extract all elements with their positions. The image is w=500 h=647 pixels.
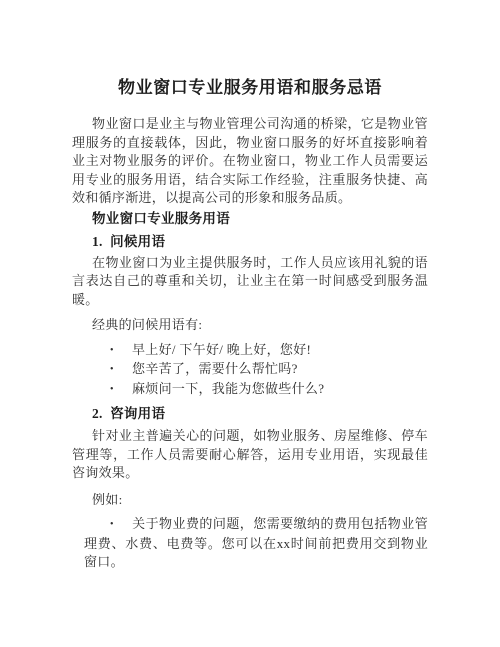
- bullet-marker-icon: •: [110, 342, 132, 361]
- consulting-lead-in: 例如:: [72, 491, 428, 510]
- list-item: •早上好/ 下午好/ 晚上好，您好!: [84, 341, 428, 361]
- subsection-heading-greeting: 1. 问候用语: [72, 232, 428, 251]
- subsection-heading-consulting: 2. 咨询用语: [72, 404, 428, 423]
- list-item-text: 关于物业费的问题，您需要缴纳的费用包括物业管理费、水费、电费等。您可以在xx时间…: [84, 516, 428, 569]
- bullet-marker-icon: •: [110, 381, 132, 400]
- bullet-marker-icon: •: [110, 516, 132, 535]
- section-heading-service-terms: 物业窗口专业服务用语: [72, 209, 428, 228]
- greeting-paragraph: 在物业窗口为业主提供服务时，工作人员应该用礼貌的语言表达自己的尊重和关切，让业主…: [72, 254, 428, 310]
- intro-paragraph: 物业窗口是业主与物业管理公司沟通的桥梁，它是物业管理服务的直接载体，因此，物业窗…: [72, 115, 428, 208]
- document-content: 物业窗口专业服务用语和服务忌语 物业窗口是业主与物业管理公司沟通的桥梁，它是物业…: [72, 0, 428, 572]
- list-item-text: 早上好/ 下午好/ 晚上好，您好!: [132, 342, 311, 357]
- greeting-bullet-list: •早上好/ 下午好/ 晚上好，您好! •您辛苦了，需要什么帮忙吗? •麻烦问一下…: [72, 341, 428, 400]
- list-item: •麻烦问一下，我能为您做些什么?: [84, 380, 428, 400]
- list-item-text: 您辛苦了，需要什么帮忙吗?: [132, 361, 298, 376]
- greeting-lead-in: 经典的问候用语有:: [72, 316, 428, 335]
- document-page: 物业窗口专业服务用语和服务忌语 物业窗口是业主与物业管理公司沟通的桥梁，它是物业…: [0, 0, 500, 647]
- list-item: •您辛苦了，需要什么帮忙吗?: [84, 360, 428, 380]
- consulting-bullet-list: •关于物业费的问题，您需要缴纳的费用包括物业管理费、水费、电费等。您可以在xx时…: [72, 515, 428, 572]
- consulting-paragraph: 针对业主普遍关心的问题，如物业服务、房屋维修、停车管理等，工作人员需要耐心解答，…: [72, 427, 428, 483]
- document-title: 物业窗口专业服务用语和服务忌语: [72, 0, 428, 100]
- list-item-text: 麻烦问一下，我能为您做些什么?: [132, 381, 324, 396]
- list-item: •关于物业费的问题，您需要缴纳的费用包括物业管理费、水费、电费等。您可以在xx时…: [84, 515, 428, 572]
- bullet-marker-icon: •: [110, 361, 132, 380]
